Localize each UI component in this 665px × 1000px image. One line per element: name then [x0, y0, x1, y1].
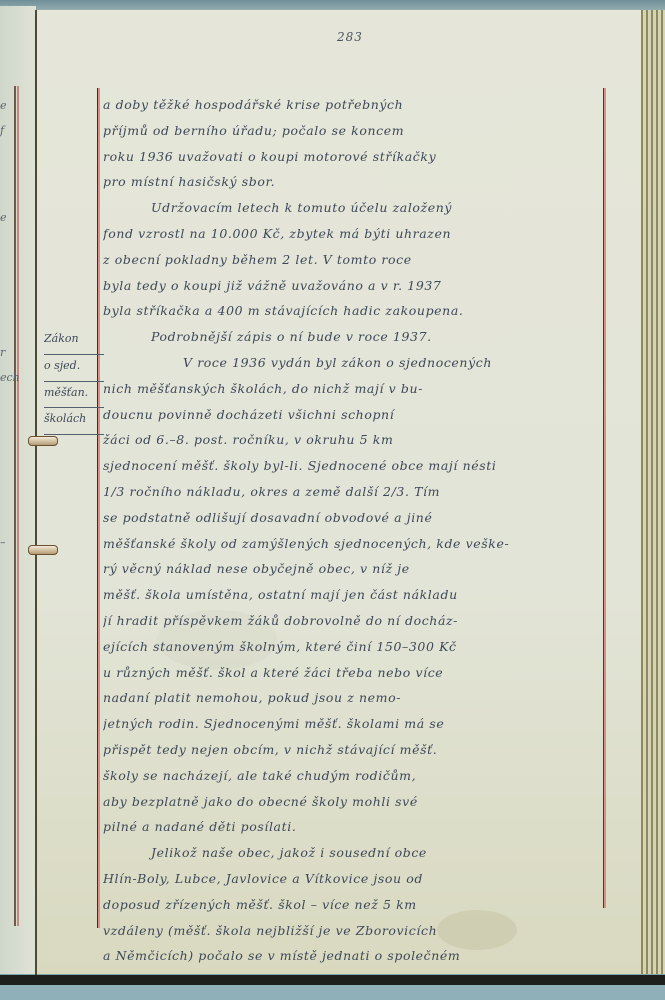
- left-margin-rule: [97, 88, 100, 928]
- text-line: roku 1936 uvažovati o koupi motorové stř…: [103, 144, 633, 170]
- margin-note-line: měšťan.: [44, 382, 104, 409]
- text-line: u různých měšť. škol a které žáci třeba …: [103, 660, 633, 686]
- handwritten-text-body: a doby těžké hospodářské krise potřebnýc…: [103, 92, 633, 995]
- text-line: pro místní hasičský sbor.: [103, 169, 633, 195]
- text-line: vzdáleny (měšť. škola nejbližší je ve Zb…: [103, 918, 633, 944]
- left-page-margin-rule-red: [17, 86, 19, 926]
- text-line: a Němčicích) počalo se v místě jednati o…: [103, 943, 633, 969]
- left-page-text-fragment: ech: [0, 371, 20, 384]
- margin-note: Zákon o sjed. měšťan. školách: [44, 328, 104, 435]
- text-line: Hlín-Boly, Lubce, Javlovice a Vítkovice …: [103, 866, 633, 892]
- text-line: Podrobnější zápis o ní bude v roce 1937.: [103, 324, 633, 350]
- left-page-text-fragment: r: [0, 346, 5, 359]
- left-page-text-fragment: e: [0, 211, 7, 224]
- background-bottom: [0, 985, 665, 1000]
- text-line: doposud zřízených měšť. škol – více než …: [103, 892, 633, 918]
- text-line: měšť. škola umístěna, ostatní mají jen č…: [103, 582, 633, 608]
- text-line: jí hradit příspěvkem žáků dobrovolně do …: [103, 608, 633, 634]
- text-line: sjednocení měšť. školy byl-li. Sjednocen…: [103, 453, 633, 479]
- text-line: přispět tedy nejen obcím, v nichž stávaj…: [103, 737, 633, 763]
- left-page-margin-rule: [14, 86, 16, 926]
- photo-scene: e f e r ech – 283 Zákon o sjed. měšťan. …: [0, 0, 665, 1000]
- text-line: a doby těžké hospodářské krise potřebnýc…: [103, 92, 633, 118]
- left-page-text-fragment: f: [0, 124, 4, 137]
- text-line: se podstatně odlišují dosavadní obvodové…: [103, 505, 633, 531]
- page-number: 283: [337, 30, 363, 44]
- text-line: aby bezplatně jako do obecné školy mohli…: [103, 789, 633, 815]
- text-line: příjmů od berního úřadu; počalo se konce…: [103, 118, 633, 144]
- ledger-page: 283 Zákon o sjed. měšťan. školách a doby…: [37, 10, 641, 974]
- book-cover-edge: [0, 975, 665, 985]
- text-line: fond vzrostl na 10.000 Kč, zbytek má být…: [103, 221, 633, 247]
- binding-ring-icon: [28, 545, 58, 555]
- binding-ring-icon: [28, 436, 58, 446]
- left-page-text-fragment: e: [0, 99, 7, 112]
- margin-note-line: školách: [44, 408, 104, 435]
- left-page-text-fragment: –: [0, 536, 6, 549]
- text-line: z obecní pokladny během 2 let. V tomto r…: [103, 247, 633, 273]
- text-line: pilné a nadané děti posílati.: [103, 814, 633, 840]
- text-line: V roce 1936 vydán byl zákon o sjednocený…: [103, 350, 633, 376]
- text-line: byla tedy o koupi již vážně uvažováno a …: [103, 273, 633, 299]
- text-line: žáci od 6.–8. post. ročníku, v okruhu 5 …: [103, 427, 633, 453]
- text-line: byla stříkačka a 400 m stávajících hadic…: [103, 298, 633, 324]
- text-line: nadaní platit nemohou, pokud jsou z nemo…: [103, 685, 633, 711]
- text-line: Jelikož naše obec, jakož i sousední obce: [103, 840, 633, 866]
- text-line: školy se nacházejí, ale také chudým rodi…: [103, 763, 633, 789]
- text-line: Udržovacím letech k tomuto účelu založen…: [103, 195, 633, 221]
- text-line: doucnu povinně docházeti všichni schopní: [103, 402, 633, 428]
- margin-note-line: Zákon: [44, 328, 104, 355]
- text-line: jetných rodin. Sjednocenými měšť. školam…: [103, 711, 633, 737]
- margin-note-line: o sjed.: [44, 355, 104, 382]
- text-line: nich měšťanských školách, do nichž mají …: [103, 376, 633, 402]
- text-line: 1/3 ročního nákladu, okres a země další …: [103, 479, 633, 505]
- text-line: měšťanské školy od zamýšlených sjednocen…: [103, 531, 633, 557]
- left-page-edge: e f e r ech –: [0, 6, 36, 974]
- text-line: ejících stanoveným školným, které činí 1…: [103, 634, 633, 660]
- text-line: rý věcný náklad nese obyčejně obec, v ní…: [103, 556, 633, 582]
- page-stack-edges: [641, 10, 665, 974]
